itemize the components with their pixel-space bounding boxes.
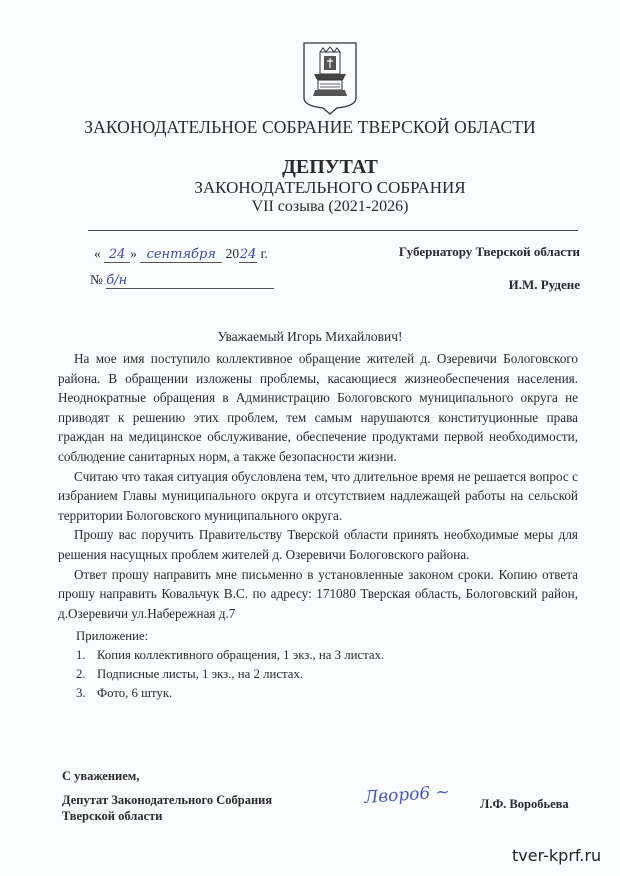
date-year-suffix: 24 — [239, 248, 257, 263]
attachment-number: 2. — [76, 665, 97, 684]
date-close-quote: » — [130, 246, 137, 261]
attachments-list: 1.Копия коллективного обращения, 1 экз.,… — [76, 646, 384, 703]
attachment-number: 3. — [76, 684, 97, 703]
attachment-text: Фото, 6 штук. — [97, 684, 172, 703]
letterhead-divider — [88, 230, 578, 231]
tver-coat-of-arms-icon — [301, 40, 359, 116]
letterhead-title: ДЕПУТАТ — [0, 156, 620, 179]
paragraph: Ответ прошу направить мне письменно в ус… — [58, 565, 578, 624]
attachment-text: Копия коллективного обращения, 1 экз., н… — [97, 646, 384, 665]
recipient-position: Губернатору Тверской области — [399, 244, 580, 260]
signer-title-line2: Тверской области — [62, 809, 272, 825]
attachment-number: 1. — [76, 646, 97, 665]
number-value: б/н — [106, 274, 274, 289]
document-date: « 24» сентября 2024 г. — [94, 246, 268, 263]
attachment-item: 2.Подписные листы, 1 экз., на 2 листах. — [76, 665, 384, 684]
attachment-item: 3.Фото, 6 штук. — [76, 684, 384, 703]
signer-name: Л.Ф. Воробьева — [480, 797, 569, 812]
salutation: Уважаемый Игорь Михайлович! — [0, 329, 620, 345]
document-number: № б/н — [90, 272, 274, 289]
handwritten-signature: Лворо6 ~ — [363, 782, 450, 808]
signer-title: Депутат Законодательного Собрания Тверск… — [62, 793, 272, 824]
paragraph: На мое имя поступило коллективное обраще… — [58, 349, 578, 467]
signer-title-line1: Депутат Законодательного Собрания — [62, 793, 272, 809]
convocation: VII созыва (2021-2026) — [0, 198, 620, 216]
number-label: № — [90, 272, 103, 287]
attachments: Приложение: 1.Копия коллективного обраще… — [76, 627, 384, 703]
recipient-name: И.М. Рудене — [509, 277, 580, 293]
date-year-prefix: 20 — [226, 246, 240, 261]
paragraph: Прошу вас поручить Правительству Тверско… — [58, 525, 578, 564]
attachment-item: 1.Копия коллективного обращения, 1 экз.,… — [76, 646, 384, 665]
date-open-quote: « — [94, 246, 101, 261]
closing-regards: С уважением, — [62, 769, 139, 784]
letter-body: На мое имя поступило коллективное обраще… — [58, 349, 578, 623]
date-day: 24 — [104, 248, 130, 263]
date-month: сентября — [140, 248, 222, 263]
organization-name: ЗАКОНОДАТЕЛЬНОЕ СОБРАНИЕ ТВЕРСКОЙ ОБЛАСТ… — [0, 117, 620, 138]
paragraph: Считаю что такая ситуация обусловлена те… — [58, 467, 578, 526]
attachment-text: Подписные листы, 1 экз., на 2 листах. — [97, 665, 303, 684]
attachments-label: Приложение: — [76, 627, 384, 646]
watermark: tver-kprf.ru — [512, 846, 601, 865]
letterhead-subtitle: ЗАКОНОДАТЕЛЬНОГО СОБРАНИЯ — [0, 178, 620, 198]
date-year-unit: г. — [261, 246, 268, 261]
